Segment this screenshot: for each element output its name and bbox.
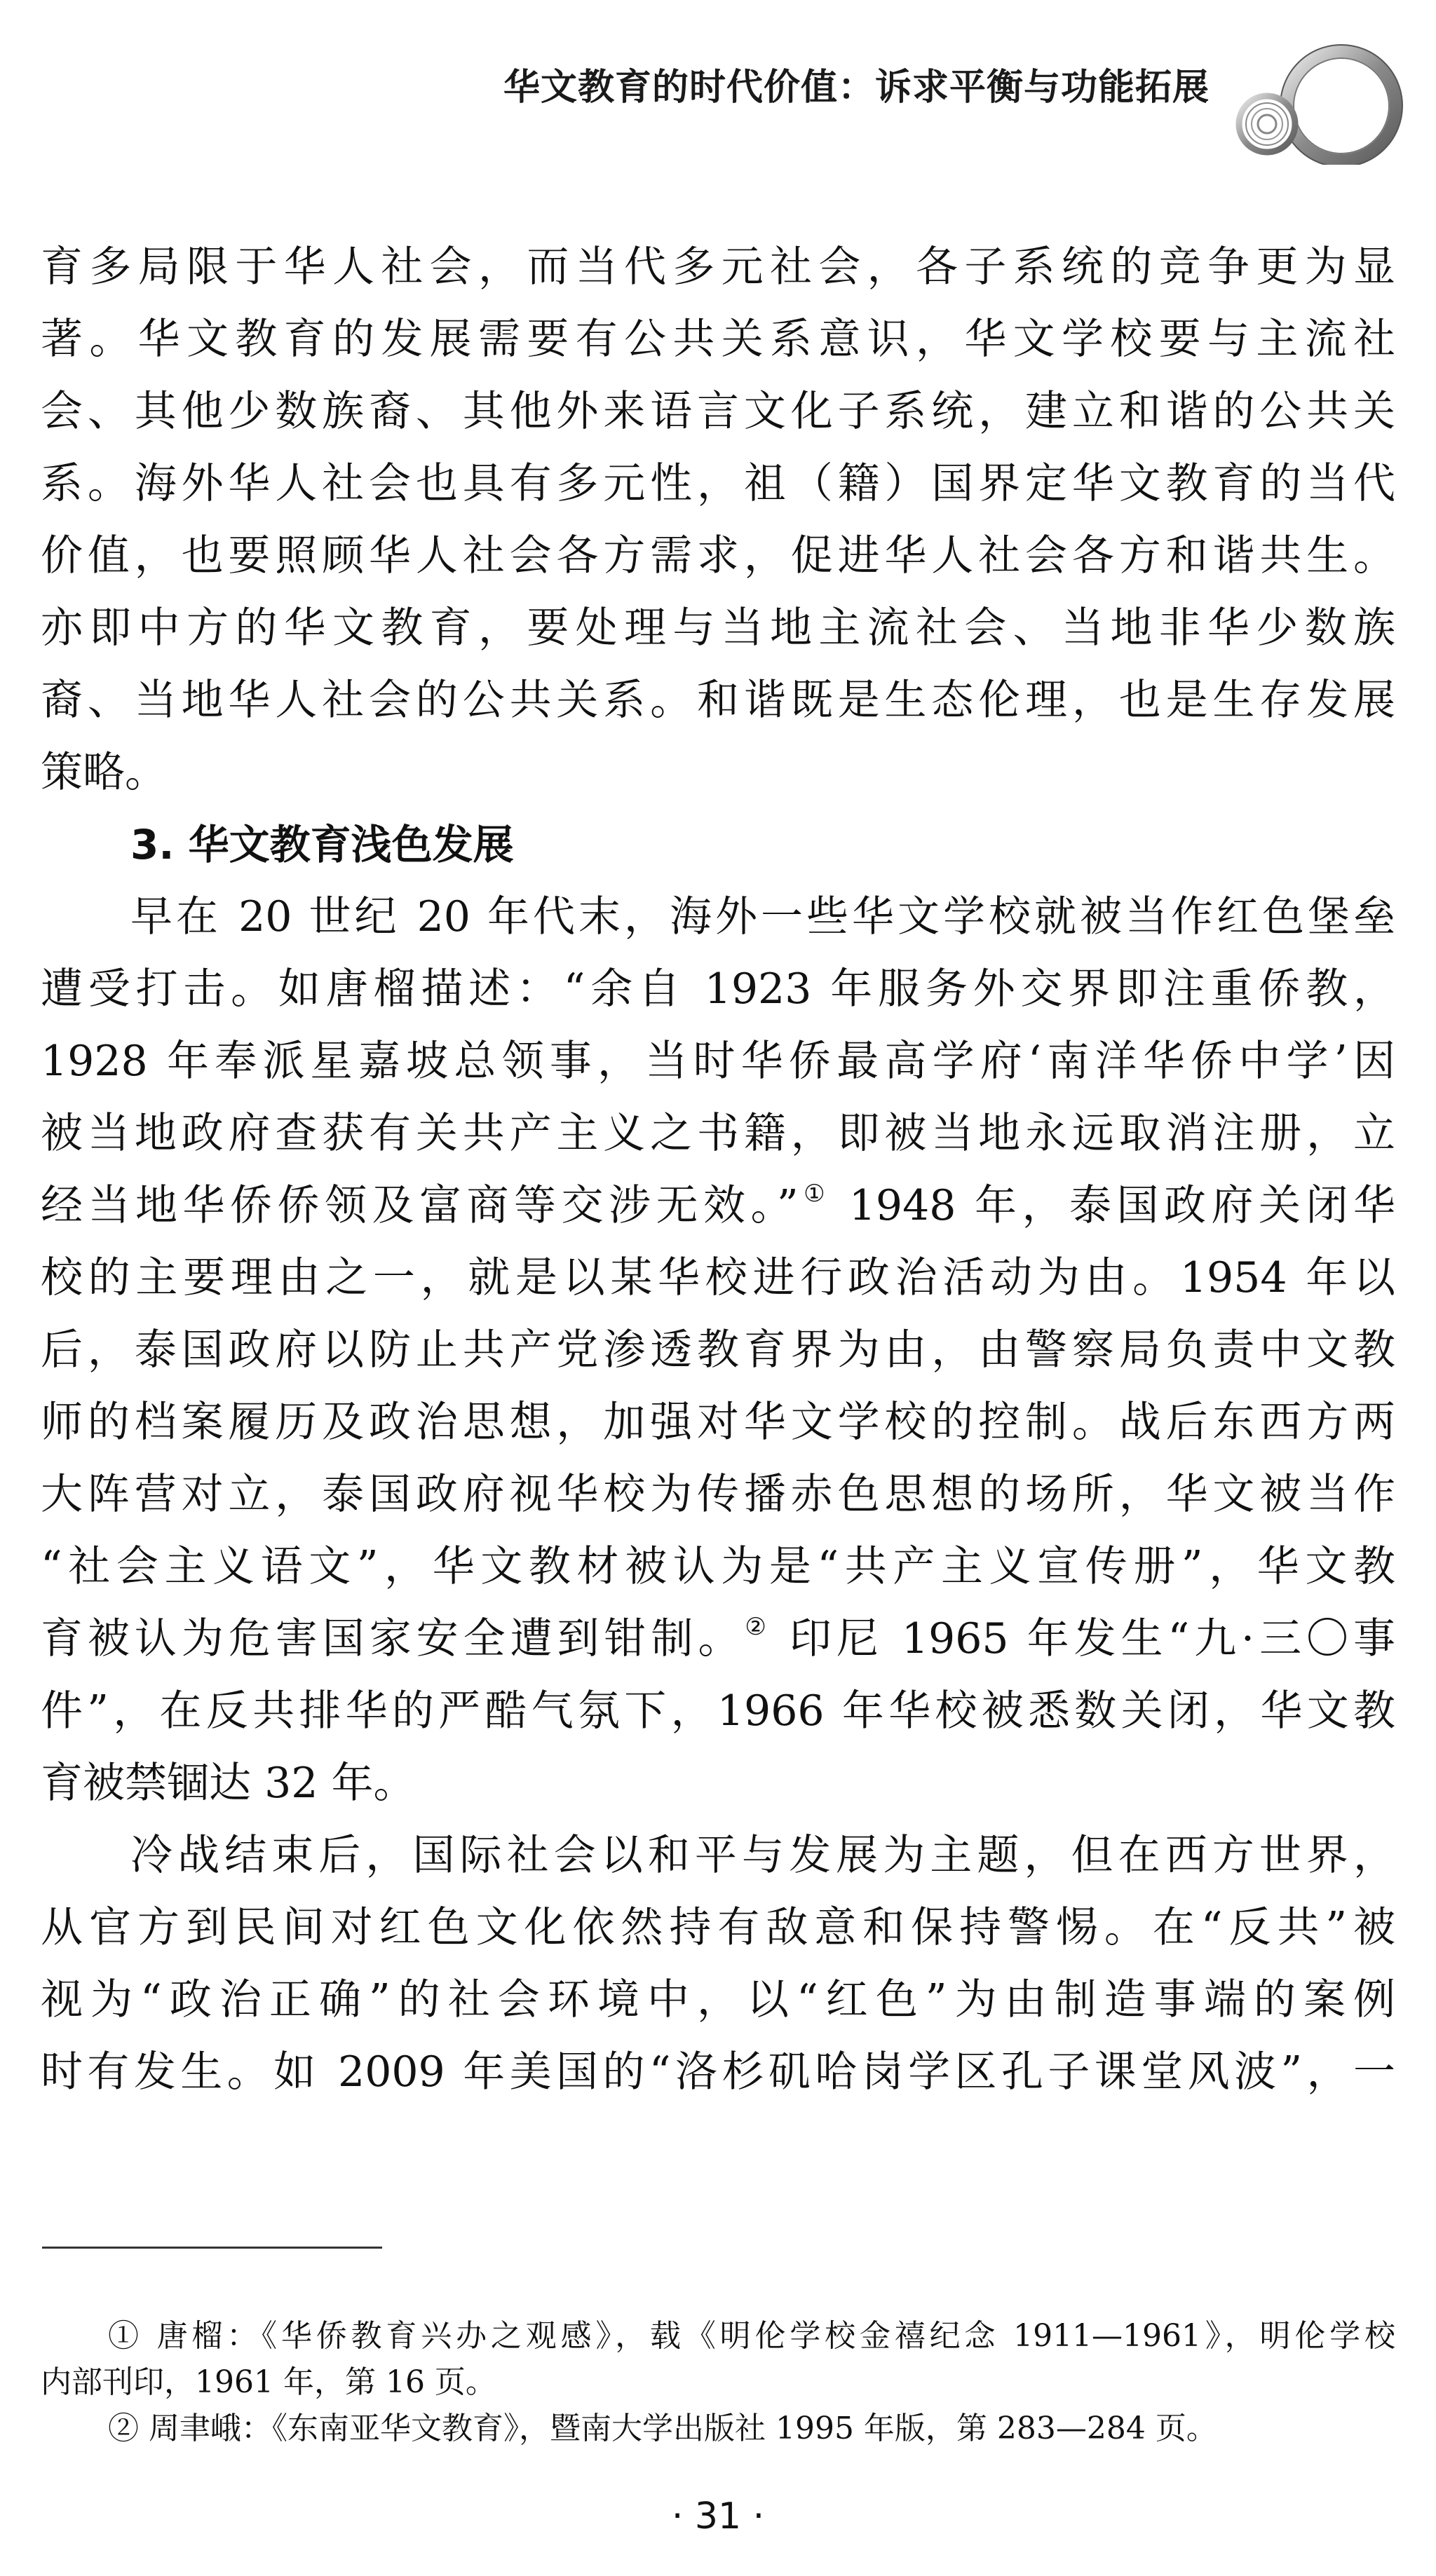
text-segment: 印尼 1965 年发生“九·三〇事 [771,1614,1395,1663]
footnote-ref-2[interactable]: ② [745,1613,771,1641]
page-number: · 31 · [0,2492,1436,2541]
text-segment: 经当地华侨侨领及富商等交涉无效。” [41,1181,799,1230]
footnote-1-continuation: 内部刊印，1961 年，第 16 页。 [41,2359,1395,2406]
body-line-with-footnote: 经当地华侨侨领及富商等交涉无效。”① 1948 年，泰国政府关闭华 [41,1170,1395,1242]
footnote-ref-1[interactable]: ① [799,1180,830,1208]
body-line: 育多局限于华人社会，而当代多元社会，各子系统的竞争更为显 [41,231,1395,304]
body-text: 育多局限于华人社会，而当代多元社会，各子系统的竞争更为显 著。华文教育的发展需要… [41,231,1395,2108]
body-line: 冷战结束后，国际社会以和平与发展为主题，但在西方世界， [41,1820,1395,1892]
body-line: 件”，在反共排华的严酷气氛下，1966 年华校被悉数关闭，华文教 [41,1675,1395,1747]
body-line: 后，泰国政府以防止共产党渗透教育界为由，由警察局负责中文教 [41,1314,1395,1386]
body-line-with-footnote: 育被认为危害国家安全遭到钳制。② 印尼 1965 年发生“九·三〇事 [41,1603,1395,1675]
body-line: 策略。 [41,737,1395,809]
body-line: 系。海外华人社会也具有多元性，祖（籍）国界定华文教育的当代 [41,448,1395,520]
body-line: 裔、当地华人社会的公共关系。和谐既是生态伦理，也是生存发展 [41,665,1395,737]
double-ring-circles-icon [1224,39,1406,165]
footnote-1: ① 唐榴：《华侨教育兴办之观感》，载《明伦学校金禧纪念 1911—1961》，明… [41,2313,1395,2359]
body-line: 视为“政治正确”的社会环境中，以“红色”为由制造事端的案例 [41,1964,1395,2036]
body-line: 亦即中方的华文教育，要处理与当地主流社会、当地非华少数族 [41,592,1395,665]
footnote-separator [42,2247,382,2249]
footnote-2: ② 周聿峨：《东南亚华文教育》，暨南大学出版社 1995 年版，第 283—28… [41,2406,1395,2452]
body-line: 价值，也要照顾华人社会各方需求，促进华人社会各方和谐共生。 [41,520,1395,592]
section-heading: 3. 华文教育浅色发展 [41,809,1395,881]
body-line: 时有发生。如 2009 年美国的“洛杉矶哈岗学区孔子课堂风波”，一 [41,2036,1395,2108]
body-line: 师的档案履历及政治思想，加强对华文学校的控制。战后东西方两 [41,1386,1395,1459]
body-line: 会、其他少数族裔、其他外来语言文化子系统，建立和谐的公共关 [41,376,1395,448]
body-line: 遭受打击。如唐榴描述：“余自 1923 年服务外交界即注重侨教， [41,953,1395,1025]
text-segment: 1948 年，泰国政府关闭华 [830,1181,1395,1230]
body-line: 育被禁锢达 32 年。 [41,1747,1395,1820]
body-line: “社会主义语文”，华文教材被认为是“共产主义宣传册”，华文教 [41,1531,1395,1603]
body-line: 1928 年奉派星嘉坡总领事，当时华侨最高学府‘南洋华侨中学’因 [41,1025,1395,1098]
body-line: 著。华文教育的发展需要有公共关系意识，华文学校要与主流社 [41,304,1395,376]
footnotes: ① 唐榴：《华侨教育兴办之观感》，载《明伦学校金禧纪念 1911—1961》，明… [41,2313,1395,2452]
body-line: 校的主要理由之一，就是以某华校进行政治活动为由。1954 年以 [41,1242,1395,1314]
body-line: 从官方到民间对红色文化依然持有敌意和保持警惕。在“反共”被 [41,1892,1395,1964]
body-line: 被当地政府查获有关共产主义之书籍，即被当地永远取消注册，立 [41,1098,1395,1170]
running-header-title: 华文教育的时代价值：诉求平衡与功能拓展 [0,63,1210,112]
text-segment: 育被认为危害国家安全遭到钳制。 [41,1614,745,1663]
body-line: 早在 20 世纪 20 年代末，海外一些华文学校就被当作红色堡垒 [41,881,1395,953]
body-line: 大阵营对立，泰国政府视华校为传播赤色思想的场所，华文被当作 [41,1459,1395,1531]
